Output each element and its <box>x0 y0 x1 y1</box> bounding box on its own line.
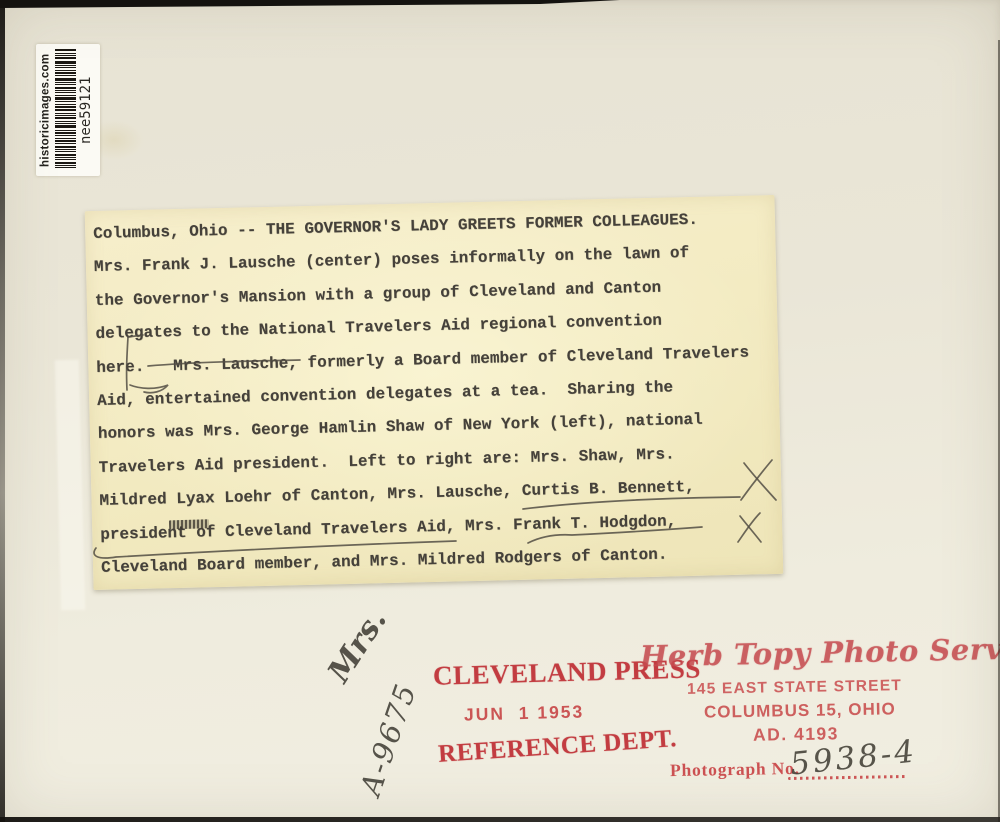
paper-sliver <box>55 360 86 611</box>
cleveland-press-stamp-name: CLEVELAND PRESS <box>433 655 634 692</box>
barcode-icon <box>55 49 76 171</box>
handwritten-mrs: Mrs. <box>321 603 394 689</box>
scan-edge-bottom <box>0 817 1000 822</box>
photograph-no-label: Photograph No. <box>670 758 800 781</box>
typewriter-overstrike <box>169 519 209 529</box>
photo-service-stamp-name: Herb Topy Photo Service <box>640 632 981 673</box>
photo-service-stamp-address1: 145 EAST STATE STREET <box>687 677 902 699</box>
cleveland-press-stamp-dept: REFERENCE DEPT. <box>437 725 677 769</box>
photo-service-stamp-address2: COLUMBUS 15, OHIO <box>704 699 896 722</box>
barcode-id-label: nee59121 <box>76 44 96 176</box>
scan-edge-top <box>0 0 620 8</box>
caption-slip: Columbus, Ohio -- THE GOVERNOR'S LADY GR… <box>85 195 784 590</box>
scan-edge-left <box>0 0 5 822</box>
handwritten-file-number: A-9675 <box>353 678 423 799</box>
barcode-sticker: historicimages.com nee59121 <box>36 44 100 176</box>
photo-verso-scan: { "barcode": { "site": "historicimages.c… <box>0 0 1000 822</box>
barcode-site-label: historicimages.com <box>37 44 54 176</box>
cleveland-press-stamp-date: JUN 1 1953 <box>464 701 585 725</box>
